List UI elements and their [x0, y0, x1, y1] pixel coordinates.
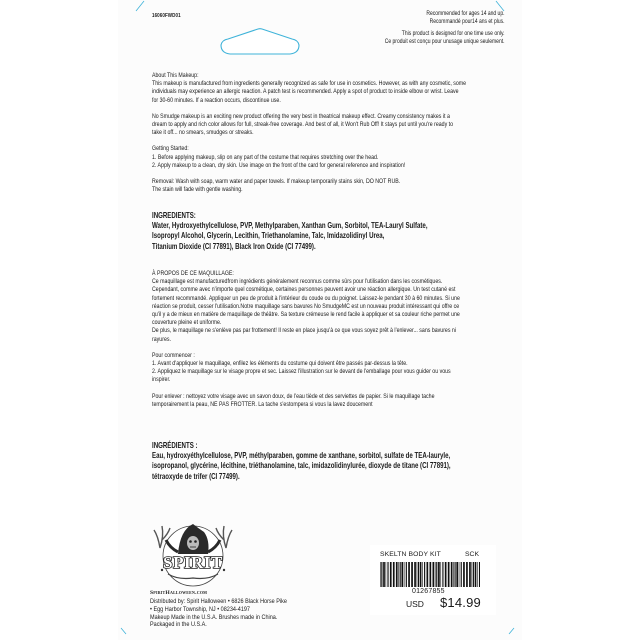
price-sticker: SKELTN BODY KIT SCK 01267855 USD $14.99 — [370, 545, 496, 615]
barcode-icon — [380, 562, 480, 587]
svg-text:SPIRIT: SPIRIT — [163, 553, 223, 572]
fr-start-heading: Pour commencer : — [152, 352, 502, 360]
fr-ingredients-line: tétraoxyde de trifer (CI 77499). — [152, 471, 451, 481]
card-corner-mark-icon — [120, 626, 132, 638]
usage-notices: Recommended for ages 14 and up. Recomman… — [384, 10, 504, 46]
fr-about-line: qu'il y a de mieux en matière de maquill… — [152, 311, 502, 319]
card-corner-mark-icon — [134, 0, 146, 12]
fr-about-line: rayures. — [152, 336, 502, 344]
price-value: $14.99 — [440, 595, 481, 610]
barcode-number: 01267855 — [412, 588, 445, 595]
nosmudge-line: No Smudge makeup is an exciting new prod… — [152, 113, 502, 121]
getting-started-line: 2. Apply makeup to a clean, dry skin. Us… — [152, 162, 502, 170]
hang-hole-icon — [218, 26, 302, 58]
age-notice-en: Recommended for ages 14 and up. — [384, 10, 504, 18]
fr-removal-line: Pour enlever : nettoyez votre visage ave… — [152, 393, 502, 401]
distributor-line: Packaged in the U.S.A. — [150, 621, 287, 629]
fr-about-line: réaction se produit, cesser l'utilisatio… — [152, 303, 502, 311]
english-instructions: About This Makeup: This makeup is manufa… — [152, 72, 502, 194]
grim-reaper-logo-icon: SPIRIT SPIRIT — [148, 518, 238, 588]
getting-started-line: 1. Before applying makeup, slip on any p… — [152, 154, 502, 162]
ingredients-line: Titanium Dioxide (CI 77891), Black Iron … — [152, 241, 428, 251]
fr-start-line: 1. Avant d'appliquer le maquillage, enfi… — [152, 360, 502, 368]
ingredients-line: Isopropyl Alcohol, Glycerin, Lecithin, T… — [152, 230, 428, 240]
ingredients-heading: INGREDIENTS: — [152, 210, 428, 220]
card-corner-mark-icon — [504, 626, 516, 638]
sku-code: 16060FWD01 — [152, 13, 181, 19]
nosmudge-line: dream to apply and rich color allows for… — [152, 121, 502, 129]
french-instructions: À PROPOS DE CE MAQUILLAGE: Ce maquillage… — [152, 270, 502, 409]
category-code: SCK — [465, 551, 479, 558]
fr-about-line: fortement recommandé. Appliquer un peu d… — [152, 295, 502, 303]
distributor-line: Distributed by: Spirit Halloween • 6826 … — [150, 598, 287, 606]
website-link[interactable]: SpiritHalloween.com — [150, 590, 207, 596]
fr-ingredients-line: isopropanol, glycérine, lécithine, triét… — [152, 460, 451, 470]
fr-ingredients-heading: INGRÉDIENTS : — [152, 440, 451, 450]
fr-about-line: Ce maquillage est manufacturedfrom ingré… — [152, 278, 502, 286]
product-name: SKELTN BODY KIT — [380, 551, 441, 558]
distributor-line: Makeup Made in the U.S.A. Brushes made i… — [150, 614, 287, 622]
fr-about-heading: À PROPOS DE CE MAQUILLAGE: — [152, 270, 502, 278]
use-notice-en: This product is designed for one time us… — [384, 30, 504, 38]
getting-started-heading: Getting Started: — [152, 145, 502, 153]
fr-removal-line: temporairement la peau, NE PAS FROTTER. … — [152, 401, 502, 409]
removal-line: The stain will fade with gentle washing. — [152, 186, 502, 194]
removal-line: Removal: Wash with soap, warm water and … — [152, 178, 502, 186]
english-ingredients: INGREDIENTS: Water, Hydroxyethylcellulos… — [152, 210, 428, 251]
fr-ingredients-line: Eau, hydroxyéthylcellulose, PVP, méthylp… — [152, 450, 451, 460]
french-ingredients: INGRÉDIENTS : Eau, hydroxyéthylcellulose… — [152, 440, 451, 481]
fr-about-line: De plus, le maquillage ne s'enlève pas p… — [152, 327, 502, 335]
about-line: individuals may experience an allergic r… — [152, 88, 502, 96]
about-line: for 30-60 minutes. If a reaction occurs,… — [152, 97, 502, 105]
distributor-info: Distributed by: Spirit Halloween • 6826 … — [150, 598, 287, 629]
use-notice-fr: Ce produit est conçu pour unusage unique… — [384, 38, 504, 46]
age-notice-fr: Recommandé pour14 ans et plus. — [384, 18, 504, 26]
currency-label: USD — [406, 599, 424, 609]
fr-about-line: Cependant, comme avec n'importe quel cos… — [152, 286, 502, 294]
fr-about-line: couverture pleine et uniforme. — [152, 319, 502, 327]
ingredients-line: Water, Hydroxyethylcellulose, PVP, Methy… — [152, 220, 428, 230]
fr-start-line: inspirer. — [152, 376, 502, 384]
distributor-line: • Egg Harbor Township, NJ • 08234-4197 — [150, 606, 287, 614]
about-line: This makeup is manufactured from ingredi… — [152, 80, 502, 88]
nosmudge-line: take it off... no smears, smudges or str… — [152, 129, 502, 137]
about-heading: About This Makeup: — [152, 72, 502, 80]
fr-start-line: 2. Appliquez le maquillage sur le visage… — [152, 368, 502, 376]
